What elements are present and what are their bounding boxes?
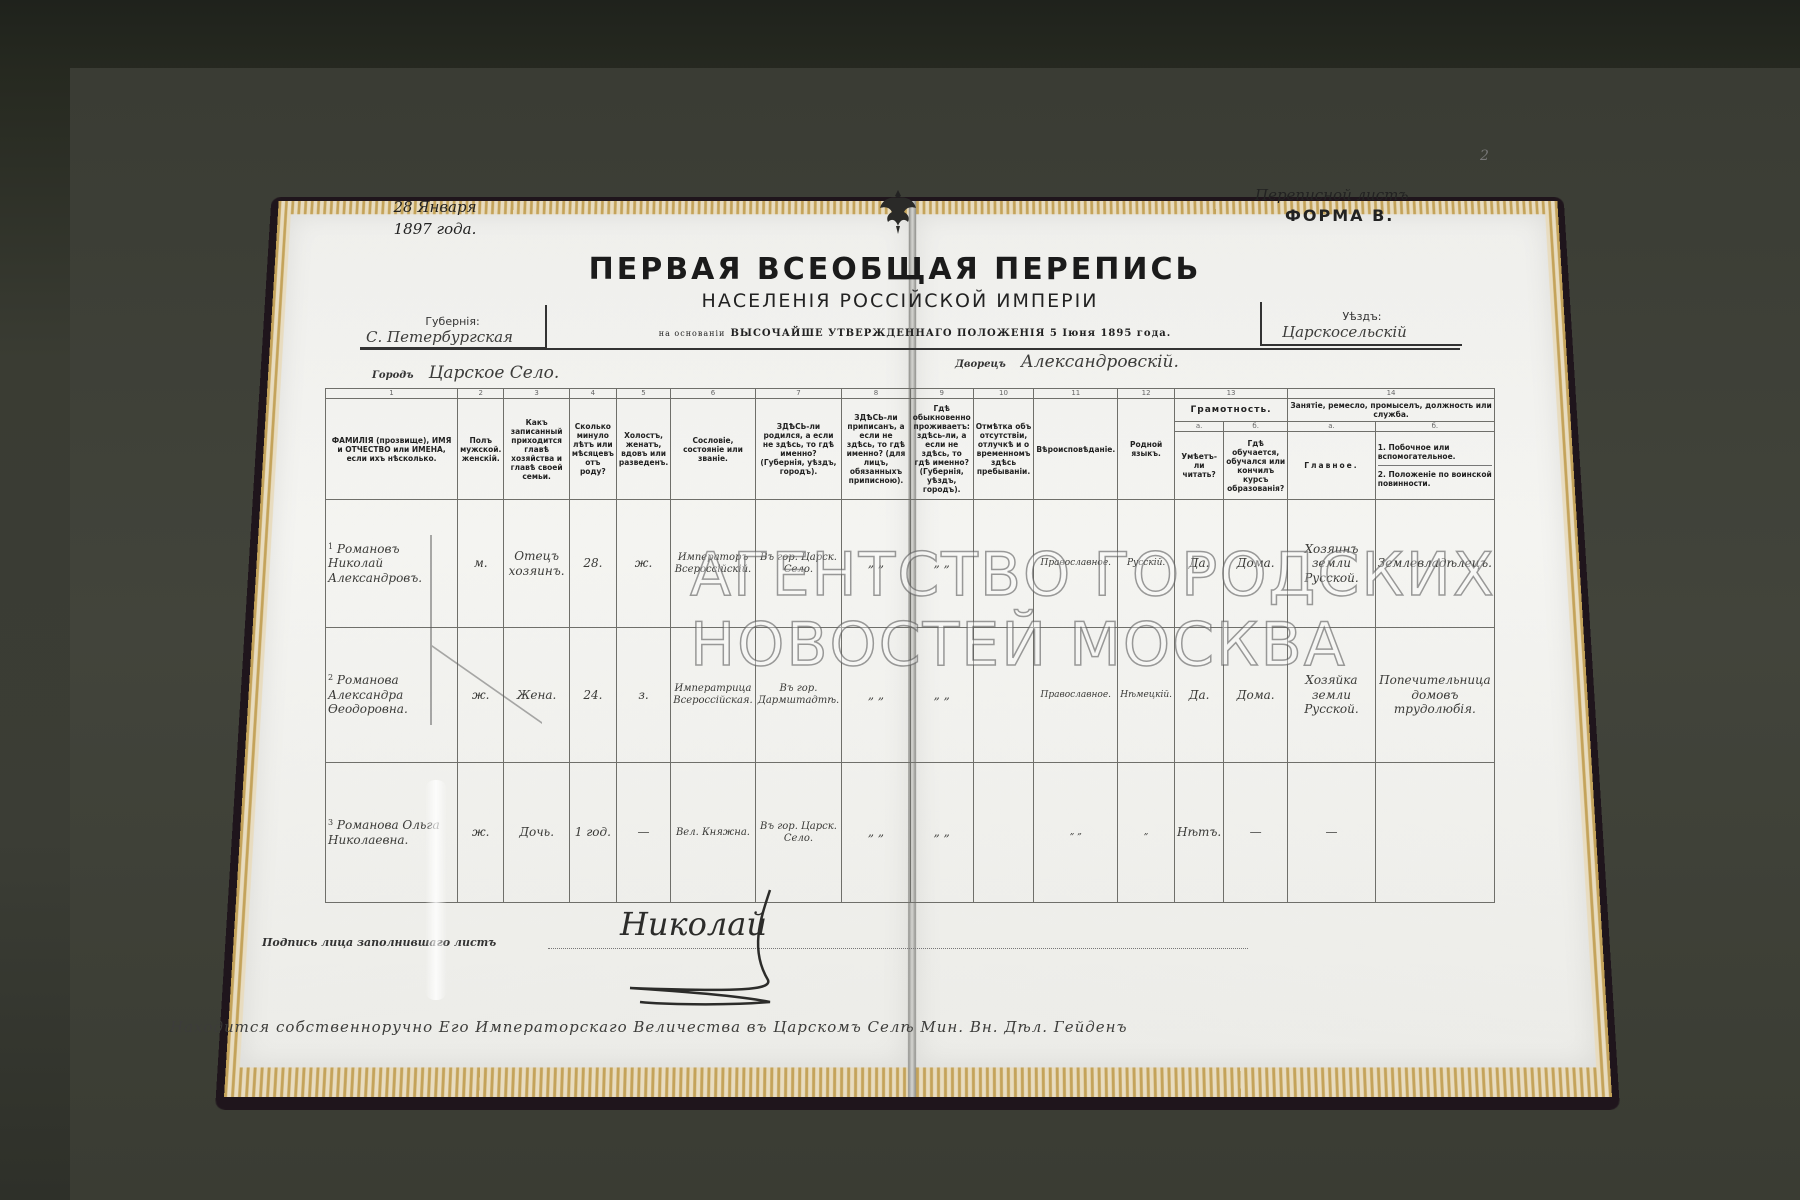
- cell-occupation-side: Попечительница домовъ трудолюбія.: [1375, 628, 1494, 763]
- double-headed-eagle-icon: [876, 186, 920, 236]
- header-row: ФАМИЛІЯ (прозвище), ИМЯ и ОТЧЕСТВО или И…: [326, 399, 1495, 422]
- row-number: 1: [328, 542, 333, 551]
- header-age: Сколько минуло лѣтъ или мѣсяцевъ отъ род…: [569, 399, 616, 500]
- glass-glare: [425, 780, 447, 1000]
- cell-education: —: [1224, 763, 1288, 903]
- dvorets-value: Александровскій.: [1021, 352, 1179, 372]
- cell-sex: ж.: [458, 763, 504, 903]
- header-sex: Полъ мужской. женскій.: [458, 399, 504, 500]
- col-num: 14: [1288, 389, 1495, 399]
- cell-residence: „ „: [910, 763, 973, 903]
- header-language: Родной языкъ.: [1118, 399, 1175, 500]
- watermark-line2: НОВОСТЕЙ МОСКВА: [690, 610, 1347, 680]
- cell-relation: Дочь.: [504, 763, 570, 903]
- person-name: Романова Александра Ѳеодоровна.: [328, 673, 408, 716]
- literacy-b-label: б.: [1224, 422, 1288, 432]
- occupation-main-header: Главное.: [1288, 432, 1376, 500]
- col-num: 9: [910, 389, 973, 399]
- date-day: 28 Января: [385, 196, 485, 218]
- header-registered: ЗДѢСЬ-ли приписанъ, а если не здѣсь, то …: [842, 399, 910, 500]
- literacy-reads-header: Умѣетъ-ли читать?: [1175, 432, 1224, 500]
- gubernia-label: Губернія:: [360, 315, 545, 328]
- col-num: 8: [842, 389, 910, 399]
- document-title: ПЕРВАЯ ВСЕОБЩАЯ ПЕРЕПИСЬ: [565, 252, 1225, 287]
- gubernia-value: С. Петербургская: [366, 328, 545, 346]
- header-marital: Холостъ, женатъ, вдовъ или разведенъ.: [616, 399, 670, 500]
- header-literacy: Грамотность.: [1175, 399, 1288, 422]
- cell-marital: з.: [616, 628, 670, 763]
- person-name: Романова Ольга Николаевна.: [328, 818, 440, 846]
- col-num: 6: [671, 389, 755, 399]
- gorod-value: Царское Село.: [429, 363, 560, 383]
- cell-registered: „ „: [842, 763, 910, 903]
- header-name: ФАМИЛІЯ (прозвище), ИМЯ и ОТЧЕСТВО или И…: [326, 399, 458, 500]
- watermark-logo: [430, 535, 612, 725]
- watermark-line1: АГЕНТСТВО ГОРОДСКИХ: [690, 540, 1496, 610]
- cell-absence: [973, 763, 1034, 903]
- dvorets-field: Дворецъ Александровскій.: [955, 352, 1179, 372]
- dvorets-label: Дворецъ: [955, 359, 1006, 370]
- col-num: 12: [1118, 389, 1175, 399]
- occupation-b-label: б.: [1375, 422, 1494, 432]
- literacy-a-label: а.: [1175, 422, 1224, 432]
- document-subtitle: НАСЕЛЕНІЯ РОССІЙСКОЙ ИМПЕРІИ: [640, 290, 1160, 312]
- col-num: 7: [755, 389, 842, 399]
- cell-occupation-main: —: [1288, 763, 1376, 903]
- header-rule: [360, 348, 1460, 350]
- col-num: 5: [616, 389, 670, 399]
- legal-basis: на основаніи ВЫСОЧАЙШЕ УТВЕРЖДЕННАГО ПОЛ…: [615, 321, 1215, 340]
- literacy-education-header: Гдѣ обучается, обучался или кончилъ курс…: [1224, 432, 1288, 500]
- gubernia-box: Губернія: С. Петербургская: [360, 305, 547, 349]
- occupation-a-label: а.: [1288, 422, 1376, 432]
- header-residence: Гдѣ обыкновенно проживаетъ: здѣсь-ли, а …: [910, 399, 973, 500]
- uezd-box: Уѣздъ: Царскосельскій: [1260, 302, 1462, 346]
- cell-occupation-side: [1375, 763, 1494, 903]
- uezd-value: Царскосельскій: [1282, 323, 1462, 341]
- form-name: ФОРМА В.: [1285, 206, 1394, 225]
- header-absence: Отмѣтка объ отсутствіи, отлучкѣ и о врем…: [973, 399, 1034, 500]
- occupation-side-header: 1. Побочное или вспомогательное. 2. Поло…: [1375, 432, 1494, 500]
- cell-language: „: [1118, 763, 1175, 903]
- page-number: 2: [1480, 148, 1489, 164]
- row-number: 2: [328, 673, 333, 682]
- census-date: 28 Января 1897 года.: [385, 196, 485, 240]
- basis-prefix: на основаніи: [659, 329, 726, 338]
- col-num: 10: [973, 389, 1034, 399]
- cell-religion: „ „: [1034, 763, 1118, 903]
- header-religion: Вѣроисповѣданіе.: [1034, 399, 1118, 500]
- date-year: 1897 года.: [385, 218, 485, 240]
- basis-text: ВЫСОЧАЙШЕ УТВЕРЖДЕННАГО ПОЛОЖЕНІЯ 5 Іюня…: [730, 328, 1171, 339]
- header-occupation: Занятіе, ремесло, промыселъ, должность и…: [1288, 399, 1495, 422]
- col-num: 11: [1034, 389, 1118, 399]
- col-num: 1: [326, 389, 458, 399]
- occupation-side-sub2: 2. Положеніе по воинской повинности.: [1378, 465, 1492, 488]
- column-numbers-row: 1 2 3 4 5 6 7 8 9 10 11 12 13 14: [326, 389, 1495, 399]
- header-estate: Сословіе, состояніе или званіе.: [671, 399, 755, 500]
- table-row: 3 Романова Ольга Николаевна. ж. Дочь. 1 …: [326, 763, 1495, 903]
- col-num: 4: [569, 389, 616, 399]
- form-label: Переписной листъ: [1255, 186, 1408, 204]
- header-birthplace: ЗДѢСЬ-ли родился, а если не здѣсь, то гд…: [755, 399, 842, 500]
- person-name: Романовъ Николай Александровъ.: [328, 542, 422, 585]
- gorod-field: Городъ Царское Село.: [372, 363, 559, 383]
- signature-flourish-icon: [600, 880, 800, 1010]
- uezd-label: Уѣздъ:: [1262, 310, 1462, 323]
- gorod-label: Городъ: [372, 370, 413, 381]
- col-num: 3: [504, 389, 570, 399]
- col-num: 13: [1175, 389, 1288, 399]
- occupation-side-sub1: 1. Побочное или вспомогательное.: [1378, 443, 1492, 461]
- cell-reads: Нѣтъ.: [1175, 763, 1224, 903]
- cell-marital: ж.: [616, 500, 670, 628]
- footnote-handwritten: Находится собственноручно Его Императорс…: [170, 1018, 1690, 1036]
- row-number: 3: [328, 818, 333, 827]
- header-relation: Какъ записанный приходится главѣ хозяйст…: [504, 399, 570, 500]
- col-num: 2: [458, 389, 504, 399]
- signature-label: Подпись лица заполнившаго листъ: [262, 936, 496, 949]
